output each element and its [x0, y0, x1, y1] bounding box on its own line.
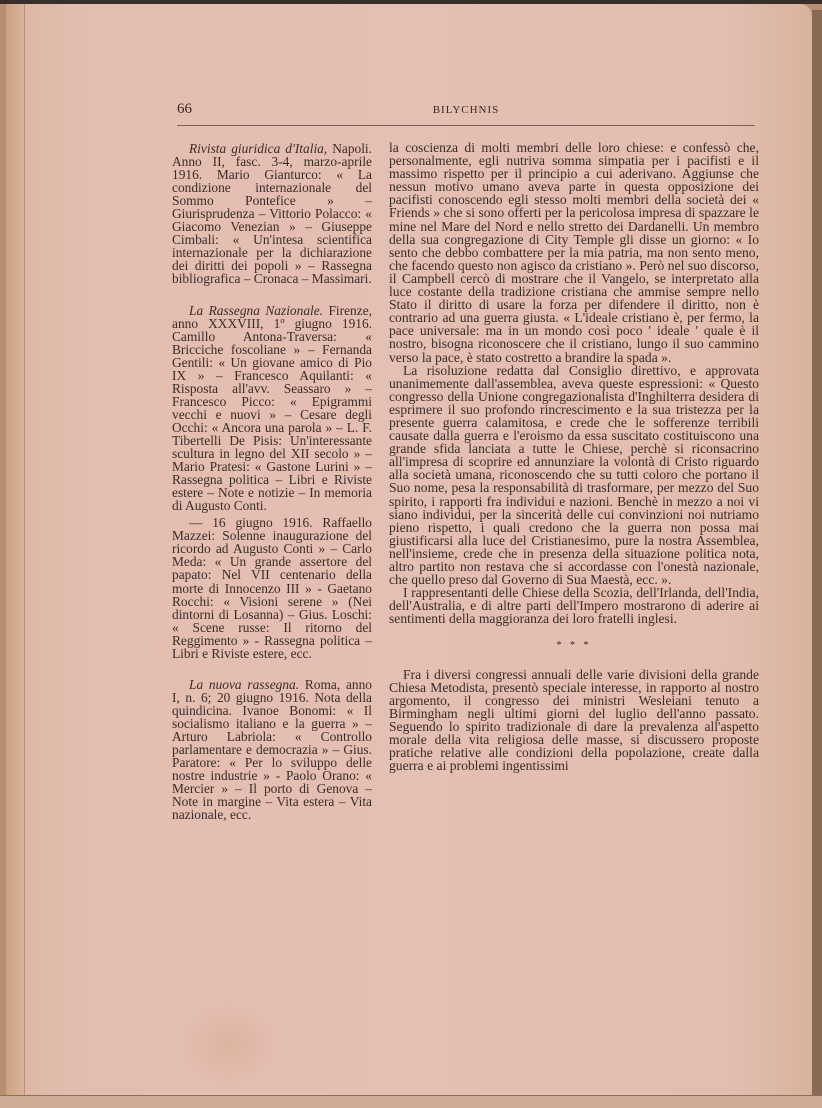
entry-body: Napoli. Anno II, fasc. 3-4, marzo-aprile…	[172, 141, 372, 286]
left-column: Rivista giuridica d'Italia, Napoli. Anno…	[172, 142, 372, 839]
review-entry-continuation: — 16 giugno 1916. Raffaello Mazzei: Sole…	[172, 516, 372, 660]
body-paragraph: la coscienza di molti membri delle loro …	[389, 141, 759, 364]
entry-body: Firenze, anno XXXVIII, 1º giugno 1916. C…	[172, 303, 372, 514]
entry-body: Roma, anno I, n. 6; 20 giugno 1916. Nota…	[172, 677, 372, 822]
page-inner-edge	[6, 4, 25, 1100]
page-bottom-edge	[0, 1095, 822, 1108]
paper-stain	[180, 1000, 280, 1090]
entry-body: — 16 giugno 1916. Raffaello Mazzei: Sole…	[172, 515, 372, 660]
review-entry: Rivista giuridica d'Italia, Napoli. Anno…	[172, 142, 372, 286]
review-entry: La Rassegna Nazionale. Firenze, anno XXX…	[172, 304, 372, 513]
header-rule	[177, 125, 755, 126]
body-paragraph: I rappresentanti delle Chiese della Scoz…	[389, 586, 759, 625]
page-header: 66 BILYCHNIS	[177, 101, 755, 123]
body-paragraph: La risoluzione redatta dal Consiglio dir…	[389, 364, 759, 587]
body-paragraph: Fra i diversi congressi annuali delle va…	[389, 668, 759, 773]
right-column: la coscienza di molti membri delle loro …	[389, 141, 759, 772]
section-separator: * * *	[389, 639, 759, 652]
review-entry: La nuova rassegna. Roma, anno I, n. 6; 2…	[172, 678, 372, 822]
running-title: BILYCHNIS	[177, 104, 755, 116]
page-right-edge	[812, 10, 822, 1108]
